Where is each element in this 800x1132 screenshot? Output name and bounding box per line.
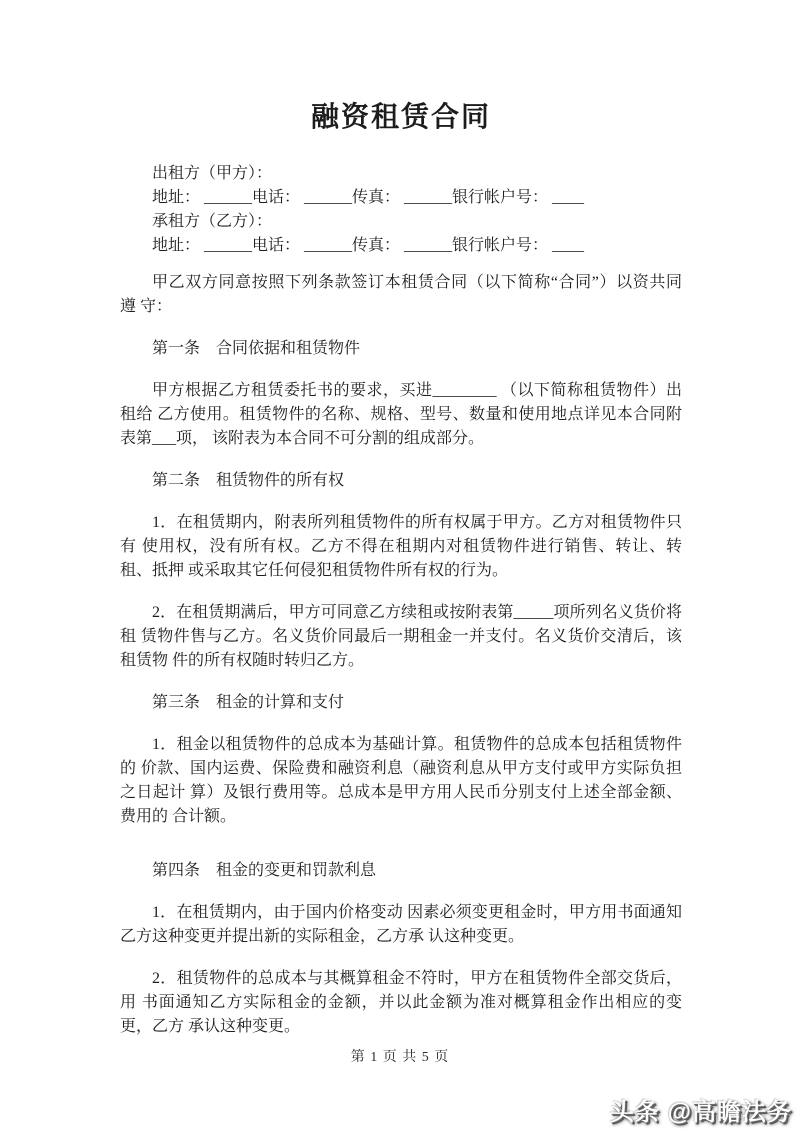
preamble-paragraph: 甲乙双方同意按照下列条款签订本租赁合同（以下简称“合同”）以资共同 遵 守：: [120, 271, 682, 319]
contract-document-page: 融资租赁合同 出租方（甲方）： 地址： ______电话： ______传真： …: [0, 0, 800, 1132]
lessee-label: 承租方（乙方）：: [120, 210, 682, 234]
section-3-heading: 第三条 租金的计算和支付: [120, 691, 682, 715]
lessee-contact-line: 地址： ______电话： ______传真： ______银行帐户号： ___…: [120, 234, 682, 258]
section-4-heading: 第四条 租金的变更和罚款利息: [120, 859, 682, 883]
lessor-contact-line: 地址： ______电话： ______传真： ______银行帐户号： ___…: [120, 186, 682, 210]
section-4-paragraph-2: 2．租赁物件的总成本与其概算租金不符时，甲方在租赁物件全部交货后，用 书面通知乙…: [120, 967, 682, 1039]
section-1-paragraph-1: 甲方根据乙方租赁委托书的要求，买进________ （以下简称租赁物件）出租给 …: [120, 379, 682, 451]
parties-block: 出租方（甲方）： 地址： ______电话： ______传真： ______银…: [120, 162, 682, 258]
section-2-paragraph-1: 1．在租赁期内，附表所列租赁物件的所有权属于甲方。乙方对租赁物件只有 使用权，没…: [120, 511, 682, 583]
page-title: 融资租赁合同: [120, 100, 682, 136]
section-2-heading: 第二条 租赁物件的所有权: [120, 469, 682, 493]
section-4-paragraph-1: 1．在租赁期内，由于国内价格变动 因素必须变更租金时，甲方用书面通知乙方这种变更…: [120, 901, 682, 949]
section-2-paragraph-2: 2．在租赁期满后，甲方可同意乙方续租或按附表第_____项所列名义货价将租 赁物…: [120, 601, 682, 673]
page-number: 第 1 页 共 5 页: [0, 1046, 800, 1070]
section-3-paragraph-1: 1．租金以租赁物件的总成本为基础计算。租赁物件的总成本包括租赁物件的 价款、国内…: [120, 733, 682, 829]
section-1-heading: 第一条 合同依据和租赁物件: [120, 337, 682, 361]
watermark: 头条 @高瞻法务: [610, 1096, 792, 1130]
lessor-label: 出租方（甲方）：: [120, 162, 682, 186]
